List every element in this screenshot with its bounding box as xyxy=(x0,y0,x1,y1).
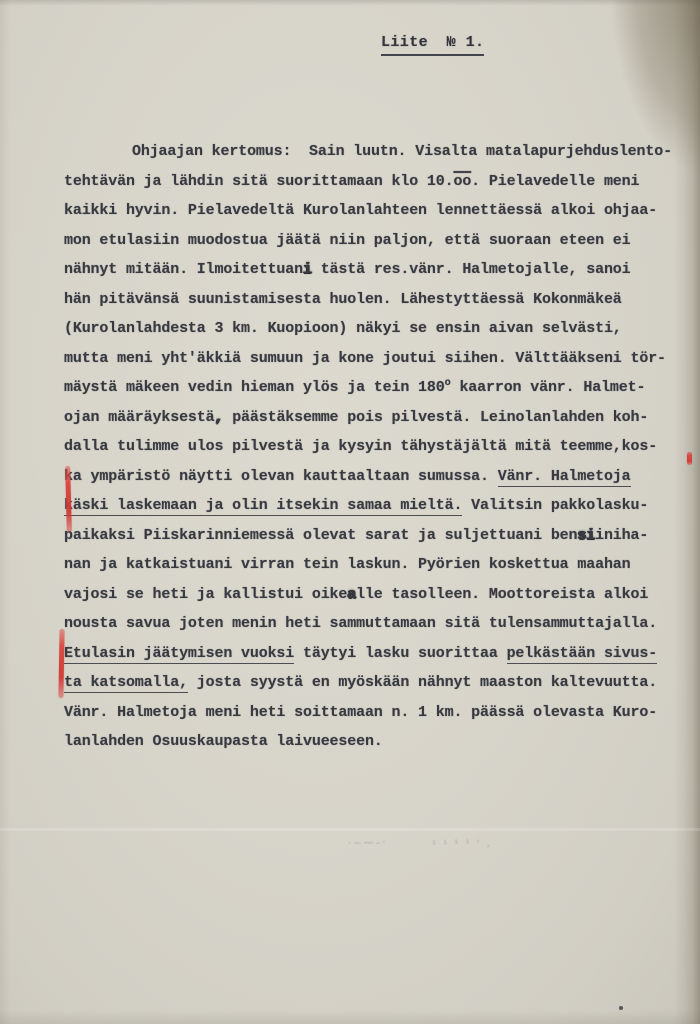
red-margin-mark xyxy=(687,452,692,465)
text-segment: mutta meni yht'äkkiä sumuun ja kone jout… xyxy=(64,350,666,367)
underlined-text: käski laskemaan ja olin itsekin samaa mi… xyxy=(64,497,462,516)
text-line: käski laskemaan ja olin itsekin samaa mi… xyxy=(64,491,676,521)
text-segment: täytyi lasku suorittaa xyxy=(294,645,506,662)
typed-text: Ohjaajan kertomus: Sain luutn. Visalta m… xyxy=(64,137,676,757)
text-line: ojan määräyksestä, päästäksemme pois pil… xyxy=(64,403,676,433)
text-line: mon etulasiin muodostua jäätä niin paljo… xyxy=(64,226,676,256)
text-segment: kaikki hyvin. Pielavedeltä Kurolanlahtee… xyxy=(64,202,657,219)
text-line: nan ja katkaistuani virran tein laskun. … xyxy=(64,550,676,580)
text-line: nousta savua joten menin heti sammuttama… xyxy=(64,609,676,639)
text-line: vajosi se heti ja kallistui oikealle tas… xyxy=(64,580,676,610)
text-line: dalla tulimme ulos pilvestä ja kysyin tä… xyxy=(64,432,676,462)
text-segment: vajosi se heti ja kallistui oike xyxy=(64,586,347,603)
text-segment: (Kurolanlahdesta 3 km. Kuopioon) näkyi s… xyxy=(64,320,622,337)
text-segment: iniha- xyxy=(595,527,648,544)
text-segment: nousta savua joten menin heti sammuttama… xyxy=(64,615,657,632)
underlined-text: pelkästään sivus- xyxy=(507,645,657,664)
text-segment: , xyxy=(214,409,223,426)
text-segment: dalla tulimme ulos pilvestä ja kysyin tä… xyxy=(64,438,657,455)
text-segment: paikaksi Piiskarinniemessä olevat sarat … xyxy=(64,527,577,544)
underlined-text: Etulasin jäätymisen vuoksi xyxy=(64,645,294,664)
text-segment: a xyxy=(347,586,356,603)
text-segment: i xyxy=(303,261,312,278)
text-segment: nan ja katkaistuani virran tein laskun. … xyxy=(64,556,631,573)
text-segment: mon etulasiin muodostua jäätä niin paljo… xyxy=(64,232,631,249)
ink-speck xyxy=(619,1006,623,1010)
text-segment: tästä res.vänr. Halmetojalle, sanoi xyxy=(312,261,631,278)
text-line: kaikki hyvin. Pielavedeltä Kurolanlahtee… xyxy=(64,196,676,226)
text-segment: Valitsin pakkolasku- xyxy=(462,497,648,514)
text-segment: ojan määräyksestä xyxy=(64,409,214,426)
text-segment: Ohjaajan kertomus: Sain luutn. Visalta m… xyxy=(132,143,672,160)
text-segment: oo xyxy=(453,173,471,190)
text-line: nähnyt mitään. Ilmoitettuani tästä res.v… xyxy=(64,255,676,285)
text-line: Ohjaajan kertomus: Sain luutn. Visalta m… xyxy=(64,137,676,167)
text-segment: nähnyt mitään. Ilmoitettuan xyxy=(64,261,303,278)
text-segment: hän pitävänsä suunistamisesta huolen. Lä… xyxy=(64,291,622,308)
paper-crease xyxy=(0,828,700,831)
page-title: Liite № 1. xyxy=(381,34,484,56)
text-segment: . Pielavedelle meni xyxy=(471,173,639,190)
text-line: Etulasin jäätymisen vuoksi täytyi lasku … xyxy=(64,639,676,669)
text-line: paikaksi Piiskarinniemessä olevat sarat … xyxy=(64,521,676,551)
text-line: lanlahden Osuuskaupasta laivueeseen. xyxy=(64,727,676,757)
text-line: mäystä mäkeen vedin hieman ylös ja tein … xyxy=(64,373,676,403)
pencil-smudge: ¹ ¹ ¹ ¹ ' , xyxy=(432,838,492,851)
text-segment: kaarron vänr. Halmet- xyxy=(451,379,646,396)
text-line: ka ympäristö näytti olevan kauttaaltaan … xyxy=(64,462,676,492)
text-segment: josta syystä en myöskään nähnyt maaston … xyxy=(188,674,657,691)
text-segment: mäystä mäkeen vedin hieman ylös ja tein … xyxy=(64,379,445,396)
text-segment: ka ympäristö näytti olevan kauttaaltaan … xyxy=(64,468,498,485)
text-segment: si xyxy=(577,527,595,544)
text-segment: Vänr. Halmetoja meni heti soittamaan n. … xyxy=(64,704,657,721)
text-line: mutta meni yht'äkkiä sumuun ja kone jout… xyxy=(64,344,676,374)
pencil-smudge: ·~⁓–· xyxy=(348,837,388,849)
underlined-text: ta katsomalla, xyxy=(64,674,188,693)
scanned-page: Liite № 1. Ohjaajan kertomus: Sain luutn… xyxy=(0,0,700,1024)
text-line: (Kurolanlahdesta 3 km. Kuopioon) näkyi s… xyxy=(64,314,676,344)
text-segment: tehtävän ja lähdin sitä suorittamaan klo… xyxy=(64,173,453,190)
text-line: ta katsomalla, josta syystä en myöskään … xyxy=(64,668,676,698)
text-segment: lle tasolleen. Moottoreista alkoi xyxy=(356,586,648,603)
text-segment: lanlahden Osuuskaupasta laivueeseen. xyxy=(64,733,383,750)
text-line: Vänr. Halmetoja meni heti soittamaan n. … xyxy=(64,698,676,728)
text-line: tehtävän ja lähdin sitä suorittamaan klo… xyxy=(64,167,676,197)
text-line: hän pitävänsä suunistamisesta huolen. Lä… xyxy=(64,285,676,315)
underlined-text: Vänr. Halmetoja xyxy=(498,468,631,487)
text-segment: päästäksemme pois pilvestä. Leinolanlahd… xyxy=(223,409,648,426)
